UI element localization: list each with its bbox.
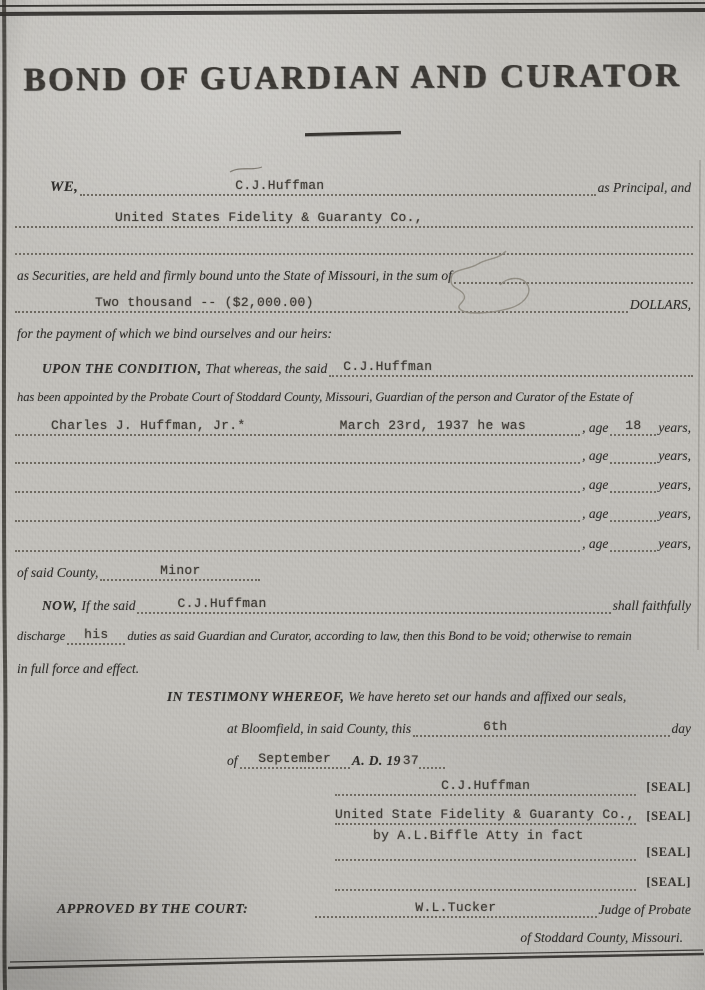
whereof-label: IN TESTIMONY WHEREOF, [165,688,346,705]
blank-rule [15,472,580,493]
month-value: September [258,751,331,767]
age-row-blank: , age years, [15,473,693,493]
age-row-blank: , age years, [15,502,693,522]
securities-clause: as Securities, are held and firmly bound… [15,267,454,284]
day-label: day [670,720,694,737]
blank-signature-line: [SEAL] [335,841,693,861]
years-label: years, [656,535,693,552]
age-rule [610,472,656,493]
obligation-name: C.J.Huffman [177,596,266,612]
seal-label: [SEAL] [644,874,693,891]
age-label: , age [580,447,610,464]
blank-rule [15,501,580,522]
now-line: NOW, If the said C.J.Huffman shall faith… [40,594,693,614]
ward-name-rule: Charles J. Huffman, Jr.* [15,415,340,436]
age-rule [610,531,656,552]
age-rule: 18 [610,415,656,436]
of-label: of [225,752,240,769]
now-label: NOW, [40,597,79,614]
principal-signature: C.J.Huffman [441,778,530,794]
blank-line [15,235,693,255]
age-label: , age [580,476,610,493]
form-content: BOND OF GUARDIAN AND CURATOR WE, C.J.Huf… [0,0,705,990]
judge-signature-rule: W.L.Tucker [315,897,596,918]
ad-label: A. D. 19 [350,752,403,769]
as-principal-label: as Principal, and [596,179,693,196]
status-rule: Minor [100,560,260,581]
testimony-line: IN TESTIMONY WHEREOF, We have hereto set… [165,685,693,705]
age-rule [610,443,656,464]
payment-clause: for the payment of which we bind ourselv… [15,325,334,342]
ward-note: March 23rd, 1937 he was [340,418,526,434]
age-row-blank: , age years, [15,532,693,552]
surety-name: United States Fidelity & Guaranty Co., [115,210,423,226]
blank-rule [15,531,580,552]
scanned-document-page: BOND OF GUARDIAN AND CURATOR WE, C.J.Huf… [0,0,705,990]
amount-line: Two thousand -- ($2,000.00) DOLLARS, [15,293,693,313]
ward-age: 18 [625,418,641,434]
month-year-line: of September A. D. 19 37 [225,749,445,769]
seal-label: [SEAL] [644,808,693,825]
ward-name: Charles J. Huffman, Jr.* [51,418,245,434]
appointment-clause: has been appointed by the Probate Court … [15,389,634,406]
years-label: years, [656,419,693,436]
securities-line: as Securities, are held and firmly bound… [15,264,693,284]
whereas-text: That whereas, the said [203,360,329,377]
judge-county-line: of Stoddard County, Missouri. [15,926,693,946]
month-rule: September [240,748,350,769]
approved-label: APPROVED BY THE COURT: [55,901,250,918]
years-label: years, [656,505,693,522]
we-label: WE, [48,179,80,196]
ward-note-rule: March 23rd, 1937 he was [340,415,580,436]
age-label: , age [580,505,610,522]
faithfully-label: shall faithfully [611,597,693,614]
guardian-name: C.J.Huffman [343,359,432,375]
signature-rule [335,840,636,861]
dollars-label: DOLLARS, [628,296,693,313]
principal-signature-line: C.J.Huffman [SEAL] [335,776,693,796]
duties-clause: duties as said Guardian and Curator, acc… [125,628,633,645]
day-value: 6th [483,719,507,735]
title-divider [304,131,400,136]
judge-county: of Stoddard County, Missouri. [518,929,685,946]
sum-rule [454,263,693,284]
signature-rule: C.J.Huffman [335,775,636,796]
whereof-text: We have hereto set our hands and affixed… [346,688,628,705]
blank-rule [15,234,693,255]
upon-condition-label: UPON THE CONDITION, [40,360,203,377]
if-said-text: If the said [79,597,137,614]
age-label: , age [580,535,610,552]
discharge-label: discharge [15,628,67,645]
ward-line: Charles J. Huffman, Jr.* March 23rd, 193… [15,416,693,436]
approval-line: APPROVED BY THE COURT: W.L.Tucker Judge … [55,898,693,918]
principal-line: WE, C.J.Huffman as Principal, and [48,176,693,196]
years-label: years, [656,447,693,464]
county-status-line: of said County, Minor [15,561,693,581]
document-title: BOND OF GUARDIAN AND CURATOR [0,58,705,100]
place-day-line: at Bloomfield, in said County, this 6th … [225,717,693,737]
appointment-line: has been appointed by the Probate Court … [15,386,693,406]
year-value: 37 [403,753,419,769]
seal-label: [SEAL] [644,779,693,796]
pronoun: his [84,627,108,643]
surety-name-rule: United States Fidelity & Guaranty Co., [15,207,693,228]
amount-rule: Two thousand -- ($2,000.00) [15,292,628,313]
obligation-name-rule: C.J.Huffman [137,593,610,614]
force-line: in full force and effect. [15,657,693,677]
judge-name: W.L.Tucker [415,900,496,916]
age-rule [610,501,656,522]
county-label: of said County, [15,564,100,581]
signature-rule: United State Fidelity & Guaranty Co., [335,804,636,825]
blank-signature-line: [SEAL] [335,871,693,891]
surety-signature-line: United State Fidelity & Guaranty Co., [S… [335,805,693,825]
signature-rule [335,870,636,891]
day-rule: 6th [413,716,669,737]
principal-name: C.J.Huffman [235,178,324,194]
place-text: at Bloomfield, in said County, this [225,720,413,737]
seal-label: [SEAL] [644,844,693,861]
pronoun-rule: his [67,624,125,645]
years-label: years, [656,476,693,493]
condition-line: UPON THE CONDITION, That whereas, the sa… [40,357,693,377]
discharge-line: discharge his duties as said Guardian an… [15,625,693,645]
judge-title: Judge of Probate [597,901,693,918]
surety-line: United States Fidelity & Guaranty Co., [15,208,693,228]
age-label: , age [580,419,610,436]
amount-value: Two thousand -- ($2,000.00) [95,295,314,311]
force-clause: in full force and effect. [15,660,141,677]
year-rule [419,748,445,769]
payment-line: for the payment of which we bind ourselv… [15,322,693,342]
age-row-blank: , age years, [15,444,693,464]
guardian-name-rule: C.J.Huffman [329,356,693,377]
blank-rule [15,443,580,464]
principal-name-rule: C.J.Huffman [80,175,595,196]
surety-signature: United State Fidelity & Guaranty Co., [335,807,635,823]
ward-status: Minor [160,563,201,579]
